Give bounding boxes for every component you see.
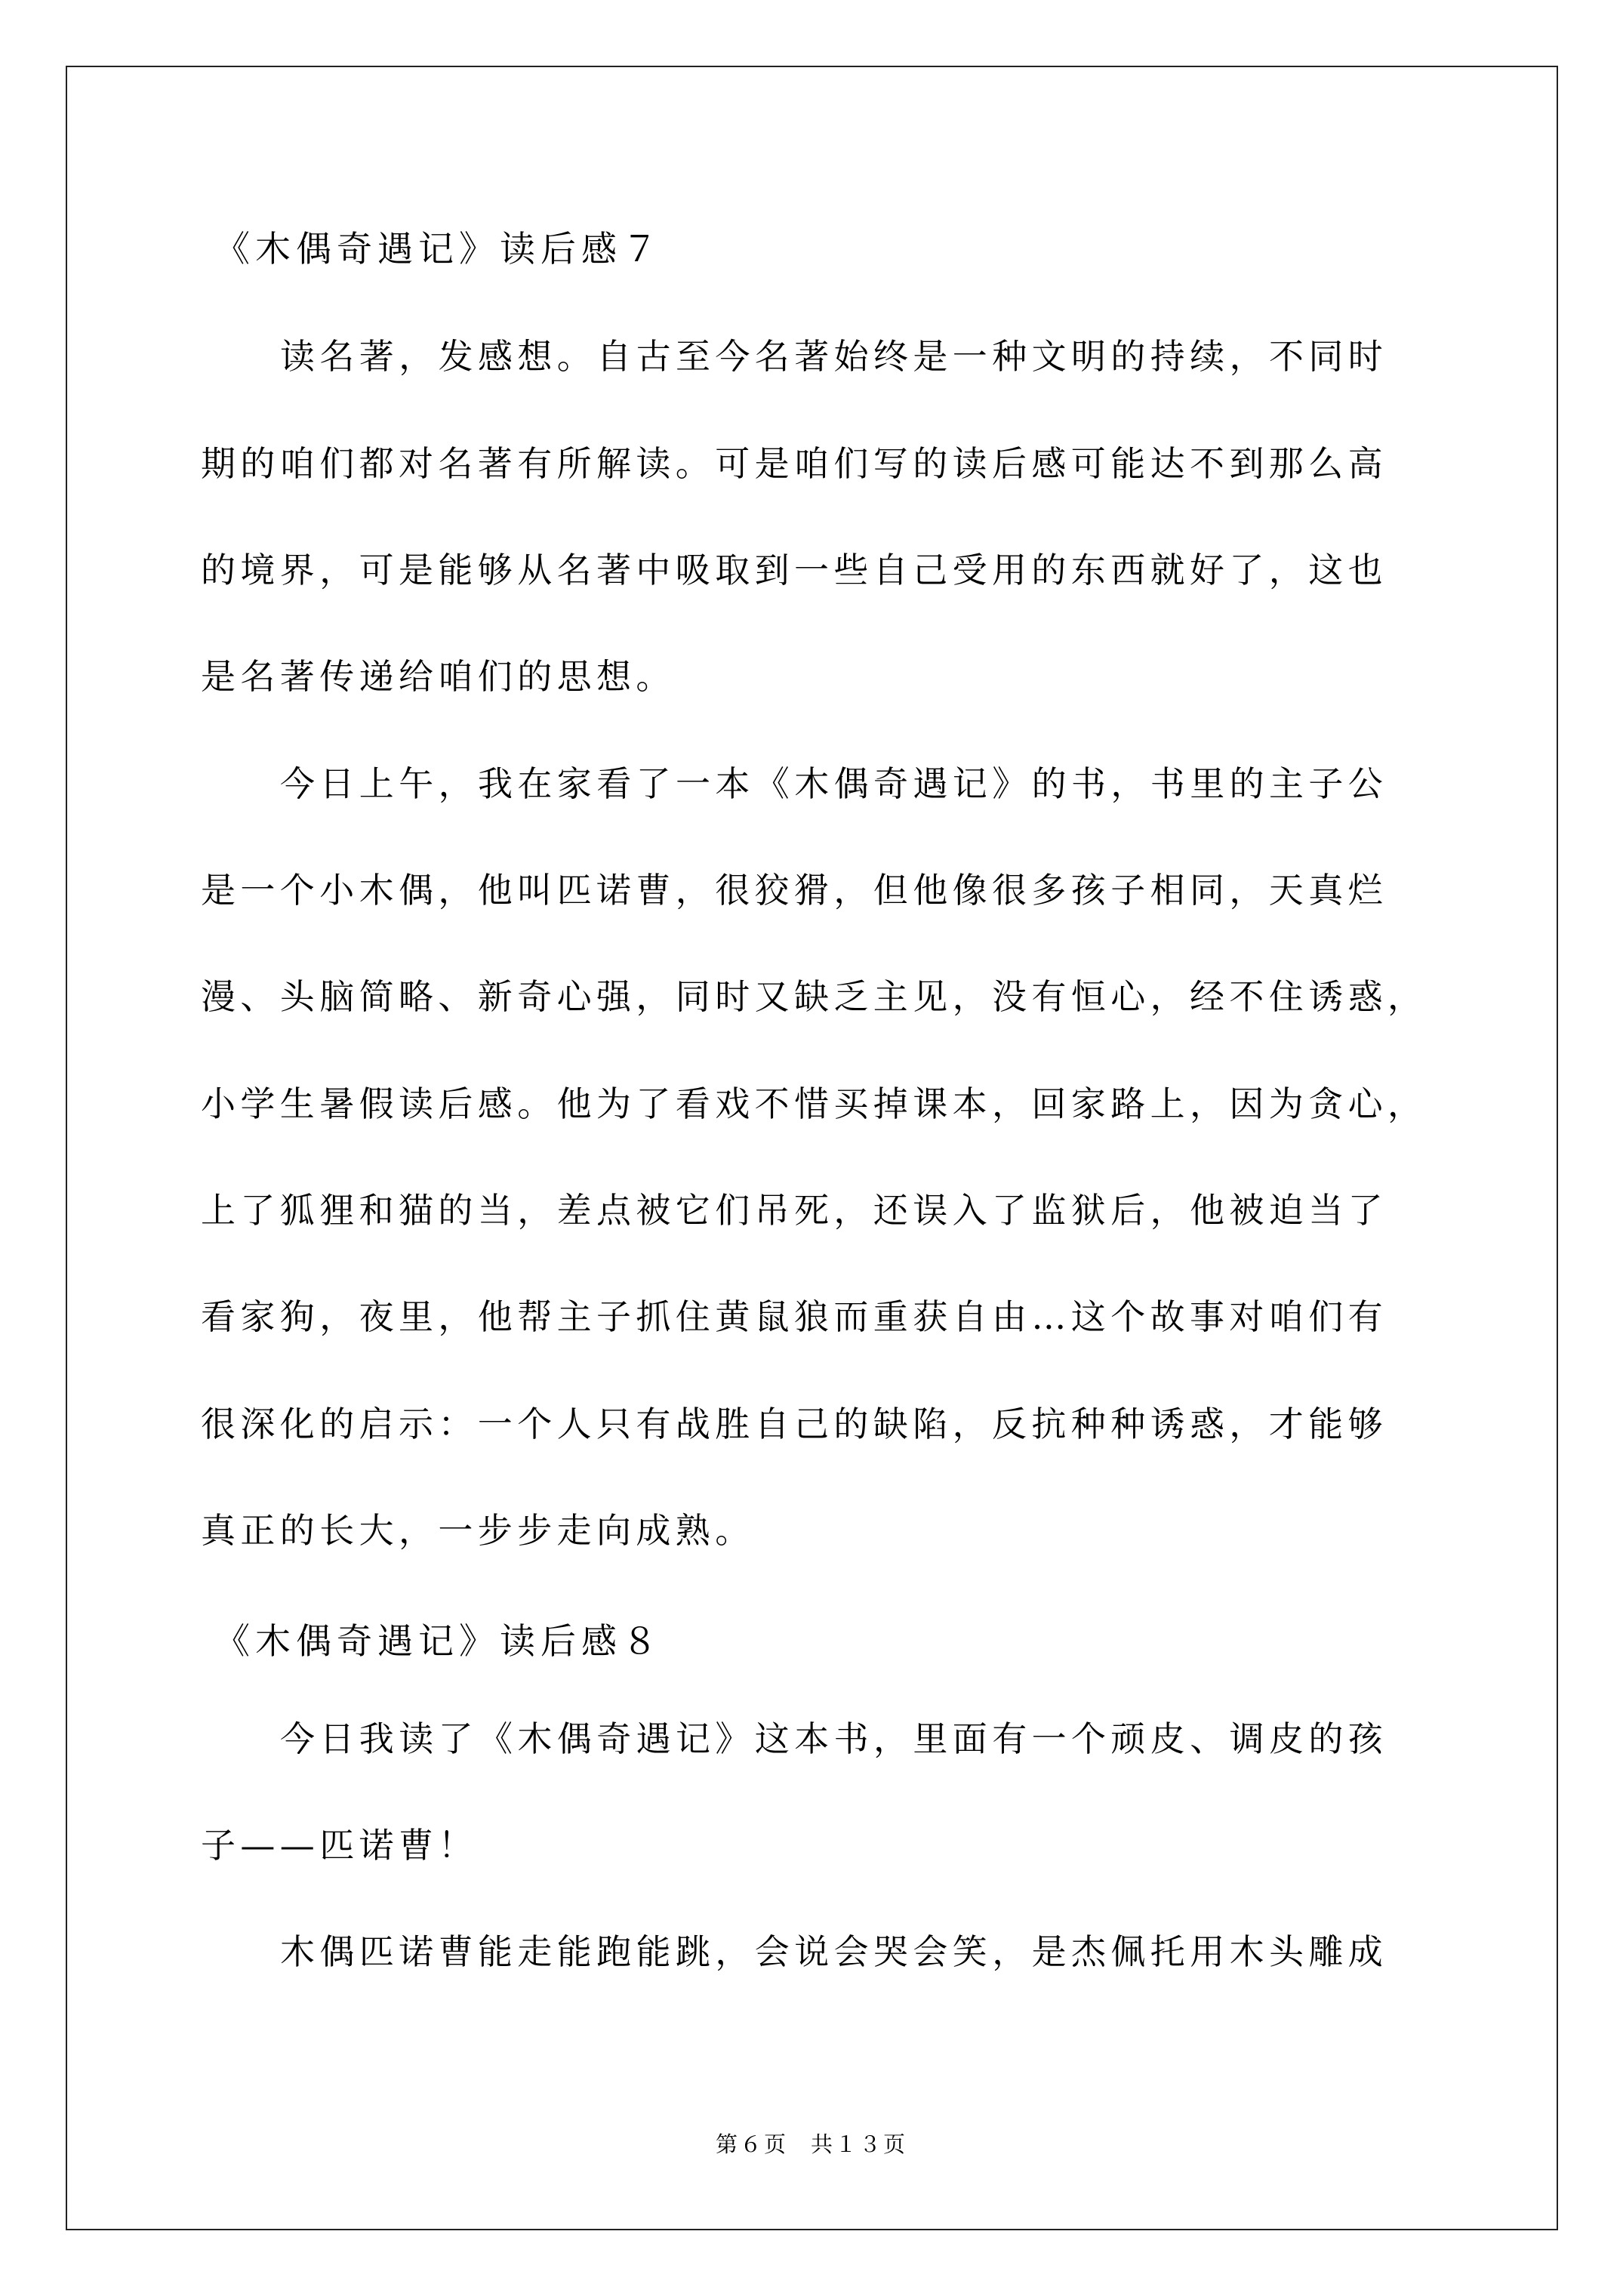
page-footer: 第６页共１３页 xyxy=(0,2131,1623,2158)
paragraph-line: 木偶匹诺曹能走能跑能跳，会说会哭会笑，是杰佩托用木头雕成 xyxy=(280,1929,1387,1974)
paragraph-line: 真正的长大，一步步走向成熟。 xyxy=(201,1508,755,1553)
paragraph-line: 今日上午，我在家看了一本《木偶奇遇记》的书，书里的主子公 xyxy=(280,761,1387,806)
page-border-frame xyxy=(66,66,1558,2230)
paragraph-line: 期的咱们都对名著有所解读。可是咱们写的读后感可能达不到那么高 xyxy=(201,441,1387,486)
paragraph-line: 漫、头脑简略、新奇心强，同时又缺乏主见，没有恒心，经不住诱惑， xyxy=(201,974,1427,1019)
section-heading-8: 《木偶奇遇记》读后感８ xyxy=(214,1620,663,1665)
paragraph-line: 很深化的启示：一个人只有战胜自己的缺陷，反抗种种诱惑，才能够 xyxy=(201,1401,1387,1447)
current-page-label: 第６页 xyxy=(716,2131,788,2157)
paragraph-line: 子——匹诺曹！ xyxy=(201,1823,478,1868)
paragraph-line: 是一个小木偶，他叫匹诺曹，很狡猾，但他像很多孩子相同，天真烂 xyxy=(201,868,1387,913)
paragraph-line: 上了狐狸和猫的当，差点被它们吊死，还误入了监狱后，他被迫当了 xyxy=(201,1188,1387,1233)
paragraph-line: 小学生暑假读后感。他为了看戏不惜买掉课本，回家路上，因为贪心， xyxy=(201,1081,1427,1126)
section-heading-7: 《木偶奇遇记》读后感７ xyxy=(214,227,663,273)
total-pages-label: 共１３页 xyxy=(811,2131,907,2157)
paragraph-line: 的境界，可是能够从名著中吸取到一些自己受用的东西就好了，这也 xyxy=(201,547,1387,593)
paragraph-line: 看家狗，夜里，他帮主子抓住黄鼠狼而重获自由…这个故事对咱们有 xyxy=(201,1294,1387,1339)
paragraph-line: 读名著，发感想。自古至今名著始终是一种文明的持续，不同时 xyxy=(280,334,1387,379)
paragraph-line: 今日我读了《木偶奇遇记》这本书，里面有一个顽皮、调皮的孩 xyxy=(280,1716,1387,1761)
paragraph-line: 是名著传递给咱们的思想。 xyxy=(201,654,676,699)
